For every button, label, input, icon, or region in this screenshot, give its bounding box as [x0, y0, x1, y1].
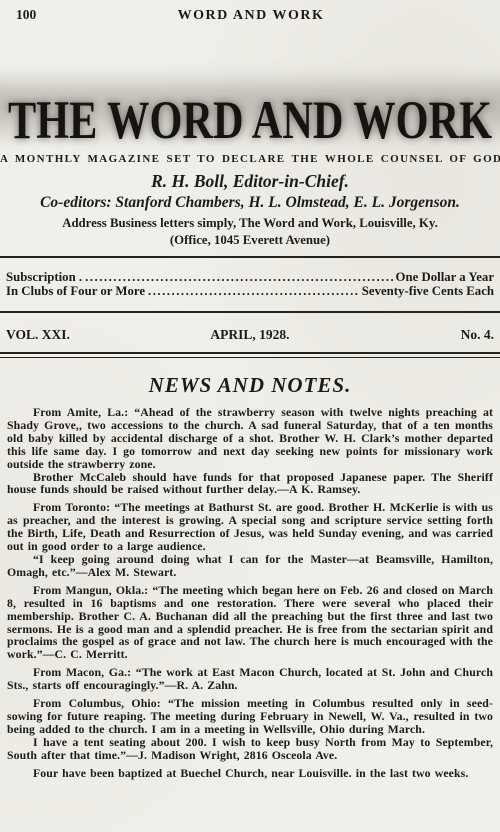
news-paragraph: From Toronto: “The meetings at Bathurst … — [7, 501, 493, 553]
magazine-page: 100 WORD AND WORK THE WORD AND WORK THE … — [0, 0, 500, 832]
news-paragraph: From Amite, La.: “Ahead of the strawberr… — [7, 406, 493, 471]
news-paragraph: Brother McCaleb should have funds for th… — [7, 471, 493, 497]
news-paragraph: Four have been baptized at Buechel Churc… — [7, 767, 493, 780]
issue-info-row: VOL. XXI. APRIL, 1928. No. 4. — [0, 321, 500, 348]
office-address-line: (Office, 1045 Everett Avenue) — [0, 233, 500, 248]
news-paragraph: “I keep going around doing what I can fo… — [7, 553, 493, 579]
subscription-row: Subscription . .........................… — [6, 270, 494, 284]
coeditors-line: Co-editors: Stanford Chambers, H. L. Olm… — [0, 194, 500, 212]
news-paragraph: I have a tent seating about 200. I wish … — [7, 736, 493, 762]
masthead-title-text: THE WORD AND WORK — [8, 90, 492, 146]
divider-double-rule — [0, 352, 500, 358]
news-paragraph: From Mangun, Okla.: “The meeting which b… — [7, 584, 493, 661]
running-head: 100 WORD AND WORK — [0, 0, 500, 24]
volume-label: VOL. XXI. — [6, 327, 136, 343]
subscription-block: Subscription . .........................… — [0, 266, 500, 303]
news-paragraph: From Macon, Ga.: “The work at East Macon… — [7, 666, 493, 692]
magazine-tagline: A MONTHLY MAGAZINE SET TO DECLARE THE WH… — [0, 153, 500, 165]
running-header-title: WORD AND WORK — [86, 8, 416, 24]
issue-date: APRIL, 1928. — [136, 327, 364, 343]
divider-rule-middle — [0, 311, 500, 313]
subscription-row: In Clubs of Four or More ...............… — [6, 284, 494, 298]
issue-number: No. 4. — [364, 327, 494, 343]
subscription-label: Subscription . — [6, 270, 82, 284]
masthead-title: THE WORD AND WORK THE WORD AND WORK — [0, 88, 500, 146]
business-address-line: Address Business letters simply, The Wor… — [0, 216, 500, 231]
news-body: From Amite, La.: “Ahead of the strawberr… — [0, 406, 500, 779]
masthead: THE WORD AND WORK THE WORD AND WORK A MO… — [0, 88, 500, 248]
page-number: 100 — [16, 7, 86, 23]
divider-rule-top — [0, 256, 500, 258]
subscription-price: Seventy-five Cents Each — [362, 284, 494, 298]
dot-leader: ........................................… — [85, 270, 392, 284]
news-paragraph: From Columbus, Ohio: “The mission meetin… — [7, 697, 493, 736]
subscription-label: In Clubs of Four or More — [6, 284, 145, 298]
editor-line: R. H. Boll, Editor-in-Chief. — [0, 171, 500, 192]
section-heading: NEWS AND NOTES. — [0, 373, 500, 398]
dot-leader: ........................................… — [148, 284, 359, 298]
subscription-price: One Dollar a Year — [396, 270, 494, 284]
